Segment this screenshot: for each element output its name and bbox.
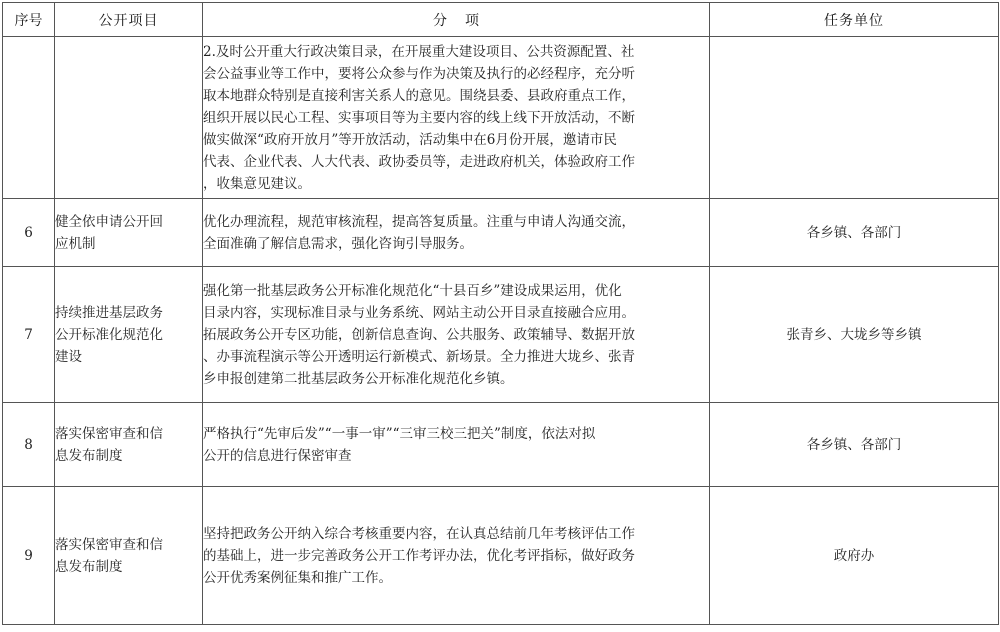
project-line: 建设 [55, 346, 202, 368]
row-index: 9 [3, 487, 55, 625]
row-project: 持续推进基层政务 公开标准化规范化 建设 [55, 267, 203, 403]
desc-line: 、办事流程演示等公开透明运行新模式、新场景。全力推进大垅乡、张青 [203, 346, 709, 368]
desc-line: 公开的信息进行保密审查 [203, 445, 709, 467]
project-line: 健全依申请公开回 [55, 211, 202, 233]
row-unit: 各乡镇、各部门 [710, 403, 999, 487]
row-description: 优化办理流程，规范审核流程，提高答复质量。注重与申请人沟通交流， 全面准确了解信… [203, 199, 710, 267]
row-project: 健全依申请公开回 应机制 [55, 199, 203, 267]
desc-line: 公开优秀案例征集和推广工作。 [203, 567, 709, 589]
row-unit [710, 37, 999, 199]
header-unit: 任务单位 [710, 3, 999, 37]
row-description: 严格执行“先审后发”“一事一审”“三审三校三把关”制度，依法对拟 公开的信息进行… [203, 403, 710, 487]
header-row: 序号 公开项目 分项 任务单位 [3, 3, 999, 37]
row-project: 落实保密审查和信 息发布制度 [55, 403, 203, 487]
project-line: 息发布制度 [55, 556, 202, 578]
desc-line: ，收集意见建议。 [203, 173, 709, 195]
desc-line: 严格执行“先审后发”“一事一审”“三审三校三把关”制度，依法对拟 [203, 423, 709, 445]
desc-line: 会公益事业等工作中，要将公众参与作为决策及执行的必经程序，充分听 [203, 63, 709, 85]
row-unit: 张青乡、大垅乡等乡镇 [710, 267, 999, 403]
desc-line: 代表、企业代表、人大代表、政协委员等，走进政府机关，体验政府工作 [203, 151, 709, 173]
header-subitem: 分项 [203, 3, 710, 37]
row-index: 7 [3, 267, 55, 403]
table-row: 8 落实保密审查和信 息发布制度 严格执行“先审后发”“一事一审”“三审三校三把… [3, 403, 999, 487]
desc-line: 全面准确了解信息需求，强化咨询引导服务。 [203, 233, 709, 255]
desc-line: 2.及时公开重大行政决策目录，在开展重大建设项目、公共资源配置、社 [203, 41, 709, 63]
desc-line: 取本地群众特别是直接利害关系人的意见。围绕县委、县政府重点工作， [203, 85, 709, 107]
desc-line: 拓展政务公开专区功能，创新信息查询、公共服务、政策辅导、数据开放 [203, 324, 709, 346]
task-table: 序号 公开项目 分项 任务单位 2.及时公开重大行政决策目录，在开展重大建设项目… [2, 2, 999, 625]
header-subitem-a: 分 [433, 13, 447, 29]
row-description: 强化第一批基层政务公开标准化规范化“十县百乡”建设成果运用，优化 目录内容，实现… [203, 267, 710, 403]
header-project: 公开项目 [55, 3, 203, 37]
row-project: 落实保密审查和信 息发布制度 [55, 487, 203, 625]
desc-line: 优化办理流程，规范审核流程，提高答复质量。注重与申请人沟通交流， [203, 211, 709, 233]
row-project [55, 37, 203, 199]
header-subitem-b: 项 [465, 13, 479, 29]
desc-line: 的基础上，进一步完善政务公开工作考评办法，优化考评指标，做好政务 [203, 545, 709, 567]
row-index: 8 [3, 403, 55, 487]
table-row: 2.及时公开重大行政决策目录，在开展重大建设项目、公共资源配置、社 会公益事业等… [3, 37, 999, 199]
project-line: 落实保密审查和信 [55, 423, 202, 445]
header-index: 序号 [3, 3, 55, 37]
project-line: 息发布制度 [55, 445, 202, 467]
row-description: 2.及时公开重大行政决策目录，在开展重大建设项目、公共资源配置、社 会公益事业等… [203, 37, 710, 199]
desc-line: 强化第一批基层政务公开标准化规范化“十县百乡”建设成果运用，优化 [203, 280, 709, 302]
desc-line: 乡申报创建第二批基层政务公开标准化规范化乡镇。 [203, 368, 709, 390]
row-index [3, 37, 55, 199]
project-line: 落实保密审查和信 [55, 534, 202, 556]
row-unit: 各乡镇、各部门 [710, 199, 999, 267]
desc-line: 坚持把政务公开纳入综合考核重要内容，在认真总结前几年考核评估工作 [203, 523, 709, 545]
row-index: 6 [3, 199, 55, 267]
desc-line: 组织开展以民心工程、实事项目等为主要内容的线上线下开放活动，不断 [203, 107, 709, 129]
project-line: 应机制 [55, 233, 202, 255]
row-description: 坚持把政务公开纳入综合考核重要内容，在认真总结前几年考核评估工作 的基础上，进一… [203, 487, 710, 625]
project-line: 公开标准化规范化 [55, 324, 202, 346]
table-row: 7 持续推进基层政务 公开标准化规范化 建设 强化第一批基层政务公开标准化规范化… [3, 267, 999, 403]
table-row: 9 落实保密审查和信 息发布制度 坚持把政务公开纳入综合考核重要内容，在认真总结… [3, 487, 999, 625]
row-unit: 政府办 [710, 487, 999, 625]
desc-line: 目录内容，实现标准目录与业务系统、网站主动公开目录直接融合应用。 [203, 302, 709, 324]
project-line: 持续推进基层政务 [55, 302, 202, 324]
table-row: 6 健全依申请公开回 应机制 优化办理流程，规范审核流程，提高答复质量。注重与申… [3, 199, 999, 267]
desc-line: 做实做深“政府开放月”等开放活动，活动集中在6月份开展，邀请市民 [203, 129, 709, 151]
